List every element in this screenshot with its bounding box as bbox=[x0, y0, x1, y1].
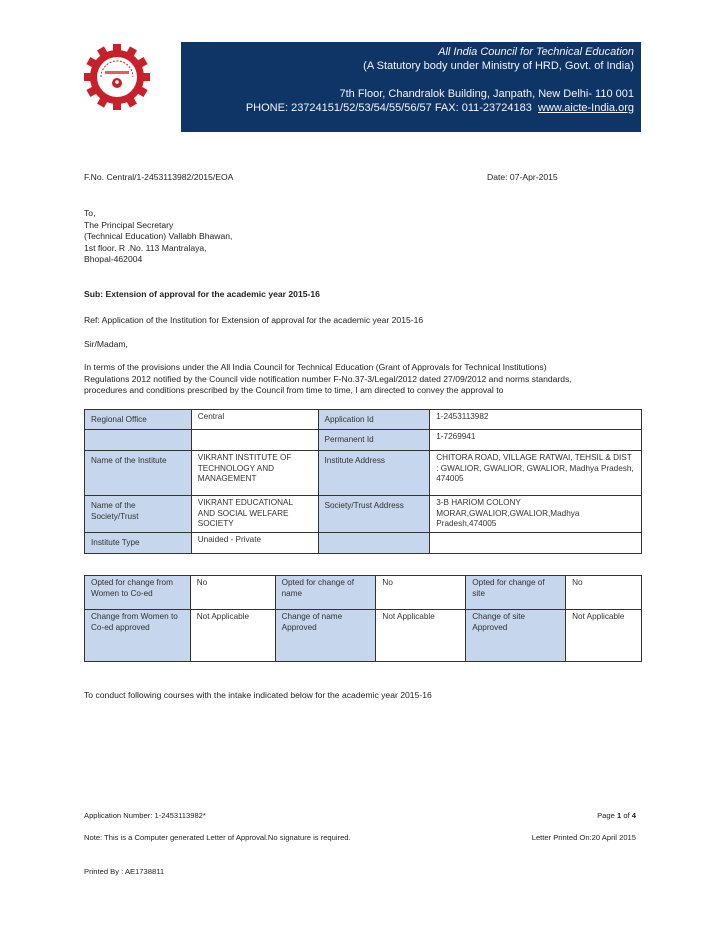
table-row: Institute Type Unaided - Private bbox=[85, 533, 642, 554]
label-cell: Change of site Approved bbox=[466, 610, 566, 662]
website-link[interactable]: www.aicte-India.org bbox=[538, 102, 634, 114]
label-cell: Change from Women to Co-ed approved bbox=[85, 610, 191, 662]
table-row: Name of the Society/Trust VIKRANT EDUCAT… bbox=[85, 496, 642, 533]
value-cell: 1-7269941 bbox=[430, 430, 642, 451]
printed-by: Printed By : AE1738811 bbox=[84, 866, 164, 878]
value-cell: 3-B HARIOM COLONY MORAR,GWALIOR,GWALIOR,… bbox=[430, 496, 642, 533]
file-number: F.No. Central/1-2453113982/2015/EOA bbox=[84, 172, 233, 184]
computer-generated-note: Note: This is a Computer generated Lette… bbox=[84, 832, 351, 844]
label-cell: Change of name Approved bbox=[275, 610, 376, 662]
subject-line: Sub: Extension of approval for the acade… bbox=[84, 289, 320, 301]
body-line: Regulations 2012 notified by the Council… bbox=[84, 374, 572, 386]
page-indicator: Page 1 of 4 bbox=[597, 810, 636, 822]
label-cell: Institute Type bbox=[91, 535, 185, 549]
table-row: Regional Office Central Application Id 1… bbox=[85, 410, 642, 430]
letter-date: Date: 07-Apr-2015 bbox=[487, 172, 558, 184]
institute-details-table: Regional Office Central Application Id 1… bbox=[84, 409, 642, 554]
change-status-table: Opted for change from Women to Co-ed No … bbox=[84, 575, 642, 662]
table-row: Permanent Id 1-7269941 bbox=[85, 430, 642, 451]
page-total: 4 bbox=[632, 811, 636, 820]
value-cell: No bbox=[190, 576, 275, 610]
label-cell: Opted for change from Women to Co-ed bbox=[85, 576, 191, 610]
value-cell: 1-2453113982 bbox=[430, 410, 642, 430]
value-cell: VIKRANT INSTITUTE OF TECHNOLOGY AND MANA… bbox=[191, 451, 318, 496]
value-cell: No bbox=[376, 576, 466, 610]
body-line: procedures and conditions prescribed by … bbox=[84, 385, 572, 397]
to-line: Bhopal-462004 bbox=[84, 254, 232, 266]
value-cell: VIKRANT EDUCATIONAL AND SOCIAL WELFARE S… bbox=[191, 496, 318, 533]
label-cell: Institute Address bbox=[325, 453, 424, 467]
reference-line: Ref: Application of the Institution for … bbox=[84, 315, 423, 327]
org-subtitle: (A Statutory body under Ministry of HRD,… bbox=[181, 59, 634, 73]
value-cell: Not Applicable bbox=[566, 610, 642, 662]
value-cell bbox=[430, 533, 642, 554]
aicte-logo-icon bbox=[84, 44, 150, 110]
value-cell: Unaided - Private bbox=[191, 533, 318, 554]
value-cell: CHITORA ROAD, VILLAGE RATWAI, TEHSIL & D… bbox=[430, 451, 642, 496]
body-paragraph: In terms of the provisions under the All… bbox=[84, 362, 572, 397]
label-cell: Society/Trust Address bbox=[325, 498, 424, 512]
application-number: Application Number: 1-2453113982* bbox=[84, 810, 206, 822]
value-cell: Not Applicable bbox=[190, 610, 275, 662]
courses-intro: To conduct following courses with the in… bbox=[84, 690, 432, 702]
to-line: To, bbox=[84, 208, 232, 220]
org-contact: PHONE: 23724151/52/53/54/55/56/57 FAX: 0… bbox=[181, 101, 634, 115]
to-line: The Principal Secretary bbox=[84, 220, 232, 232]
label-cell: Opted for change of site bbox=[466, 576, 566, 610]
table-row: Opted for change from Women to Co-ed No … bbox=[85, 576, 642, 610]
page-prefix: Page bbox=[597, 811, 617, 820]
table-row: Change from Women to Co-ed approved Not … bbox=[85, 610, 642, 662]
to-line: 1st floor. R .No. 113 Mantralaya, bbox=[84, 243, 232, 255]
value-cell: No bbox=[566, 576, 642, 610]
label-cell: Permanent Id bbox=[325, 432, 424, 446]
org-name: All India Council for Technical Educatio… bbox=[181, 45, 634, 59]
label-cell bbox=[325, 535, 424, 538]
printed-on-date: Letter Printed On:20 April 2015 bbox=[532, 832, 636, 844]
org-address: 7th Floor, Chandralok Building, Janpath,… bbox=[181, 87, 634, 101]
label-cell: Opted for change of name bbox=[275, 576, 376, 610]
page-sep: of bbox=[621, 811, 632, 820]
header-banner: All India Council for Technical Educatio… bbox=[181, 42, 641, 132]
label-cell bbox=[91, 432, 185, 435]
body-line: In terms of the provisions under the All… bbox=[84, 362, 572, 374]
label-cell: Regional Office bbox=[91, 412, 185, 426]
label-cell: Name of the Society/Trust bbox=[91, 498, 185, 522]
salutation: Sir/Madam, bbox=[84, 339, 128, 351]
value-cell bbox=[191, 430, 318, 451]
table-row: Name of the Institute VIKRANT INSTITUTE … bbox=[85, 451, 642, 496]
value-cell: Central bbox=[191, 410, 318, 430]
value-cell: Not Applicable bbox=[376, 610, 466, 662]
label-cell: Name of the Institute bbox=[91, 453, 185, 467]
label-cell: Application Id bbox=[325, 412, 424, 426]
recipient-address: To, The Principal Secretary (Technical E… bbox=[84, 208, 232, 266]
to-line: (Technical Education) Vallabh Bhawan, bbox=[84, 231, 232, 243]
phone-fax: PHONE: 23724151/52/53/54/55/56/57 FAX: 0… bbox=[246, 102, 532, 114]
